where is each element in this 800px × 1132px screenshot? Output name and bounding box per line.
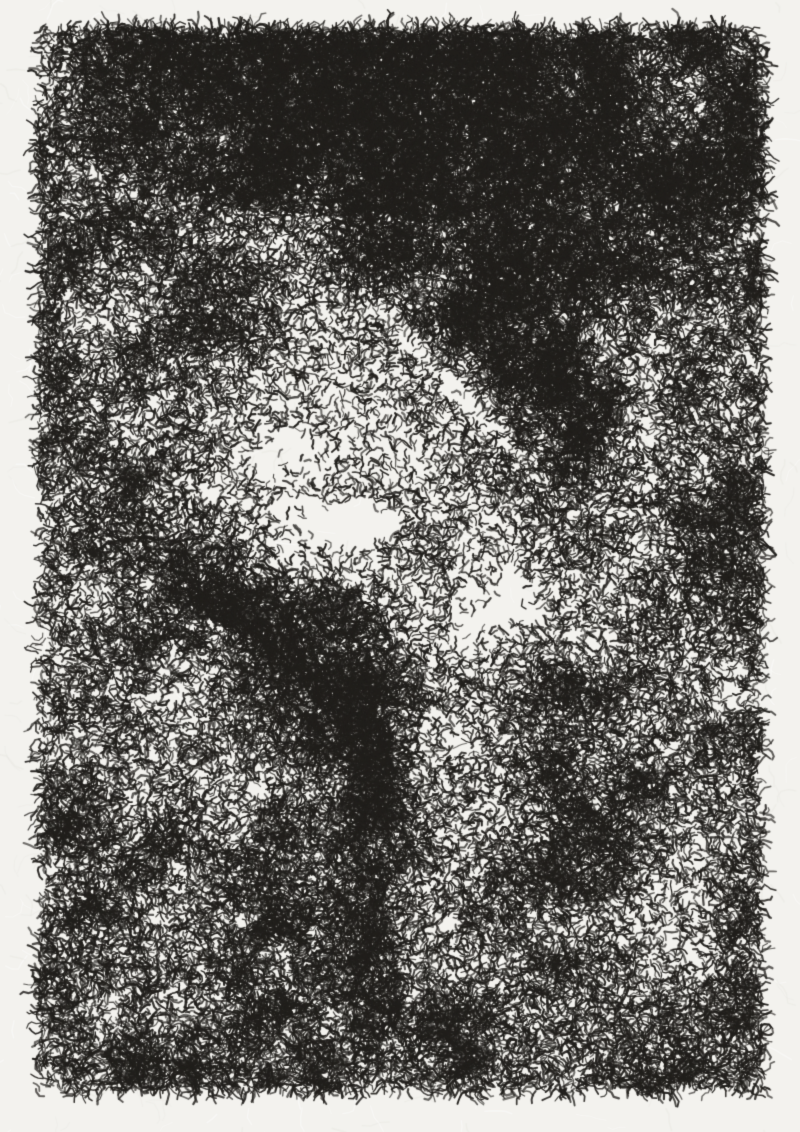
scribble-artwork-canvas	[0, 0, 800, 1132]
paper-background	[0, 0, 800, 1132]
